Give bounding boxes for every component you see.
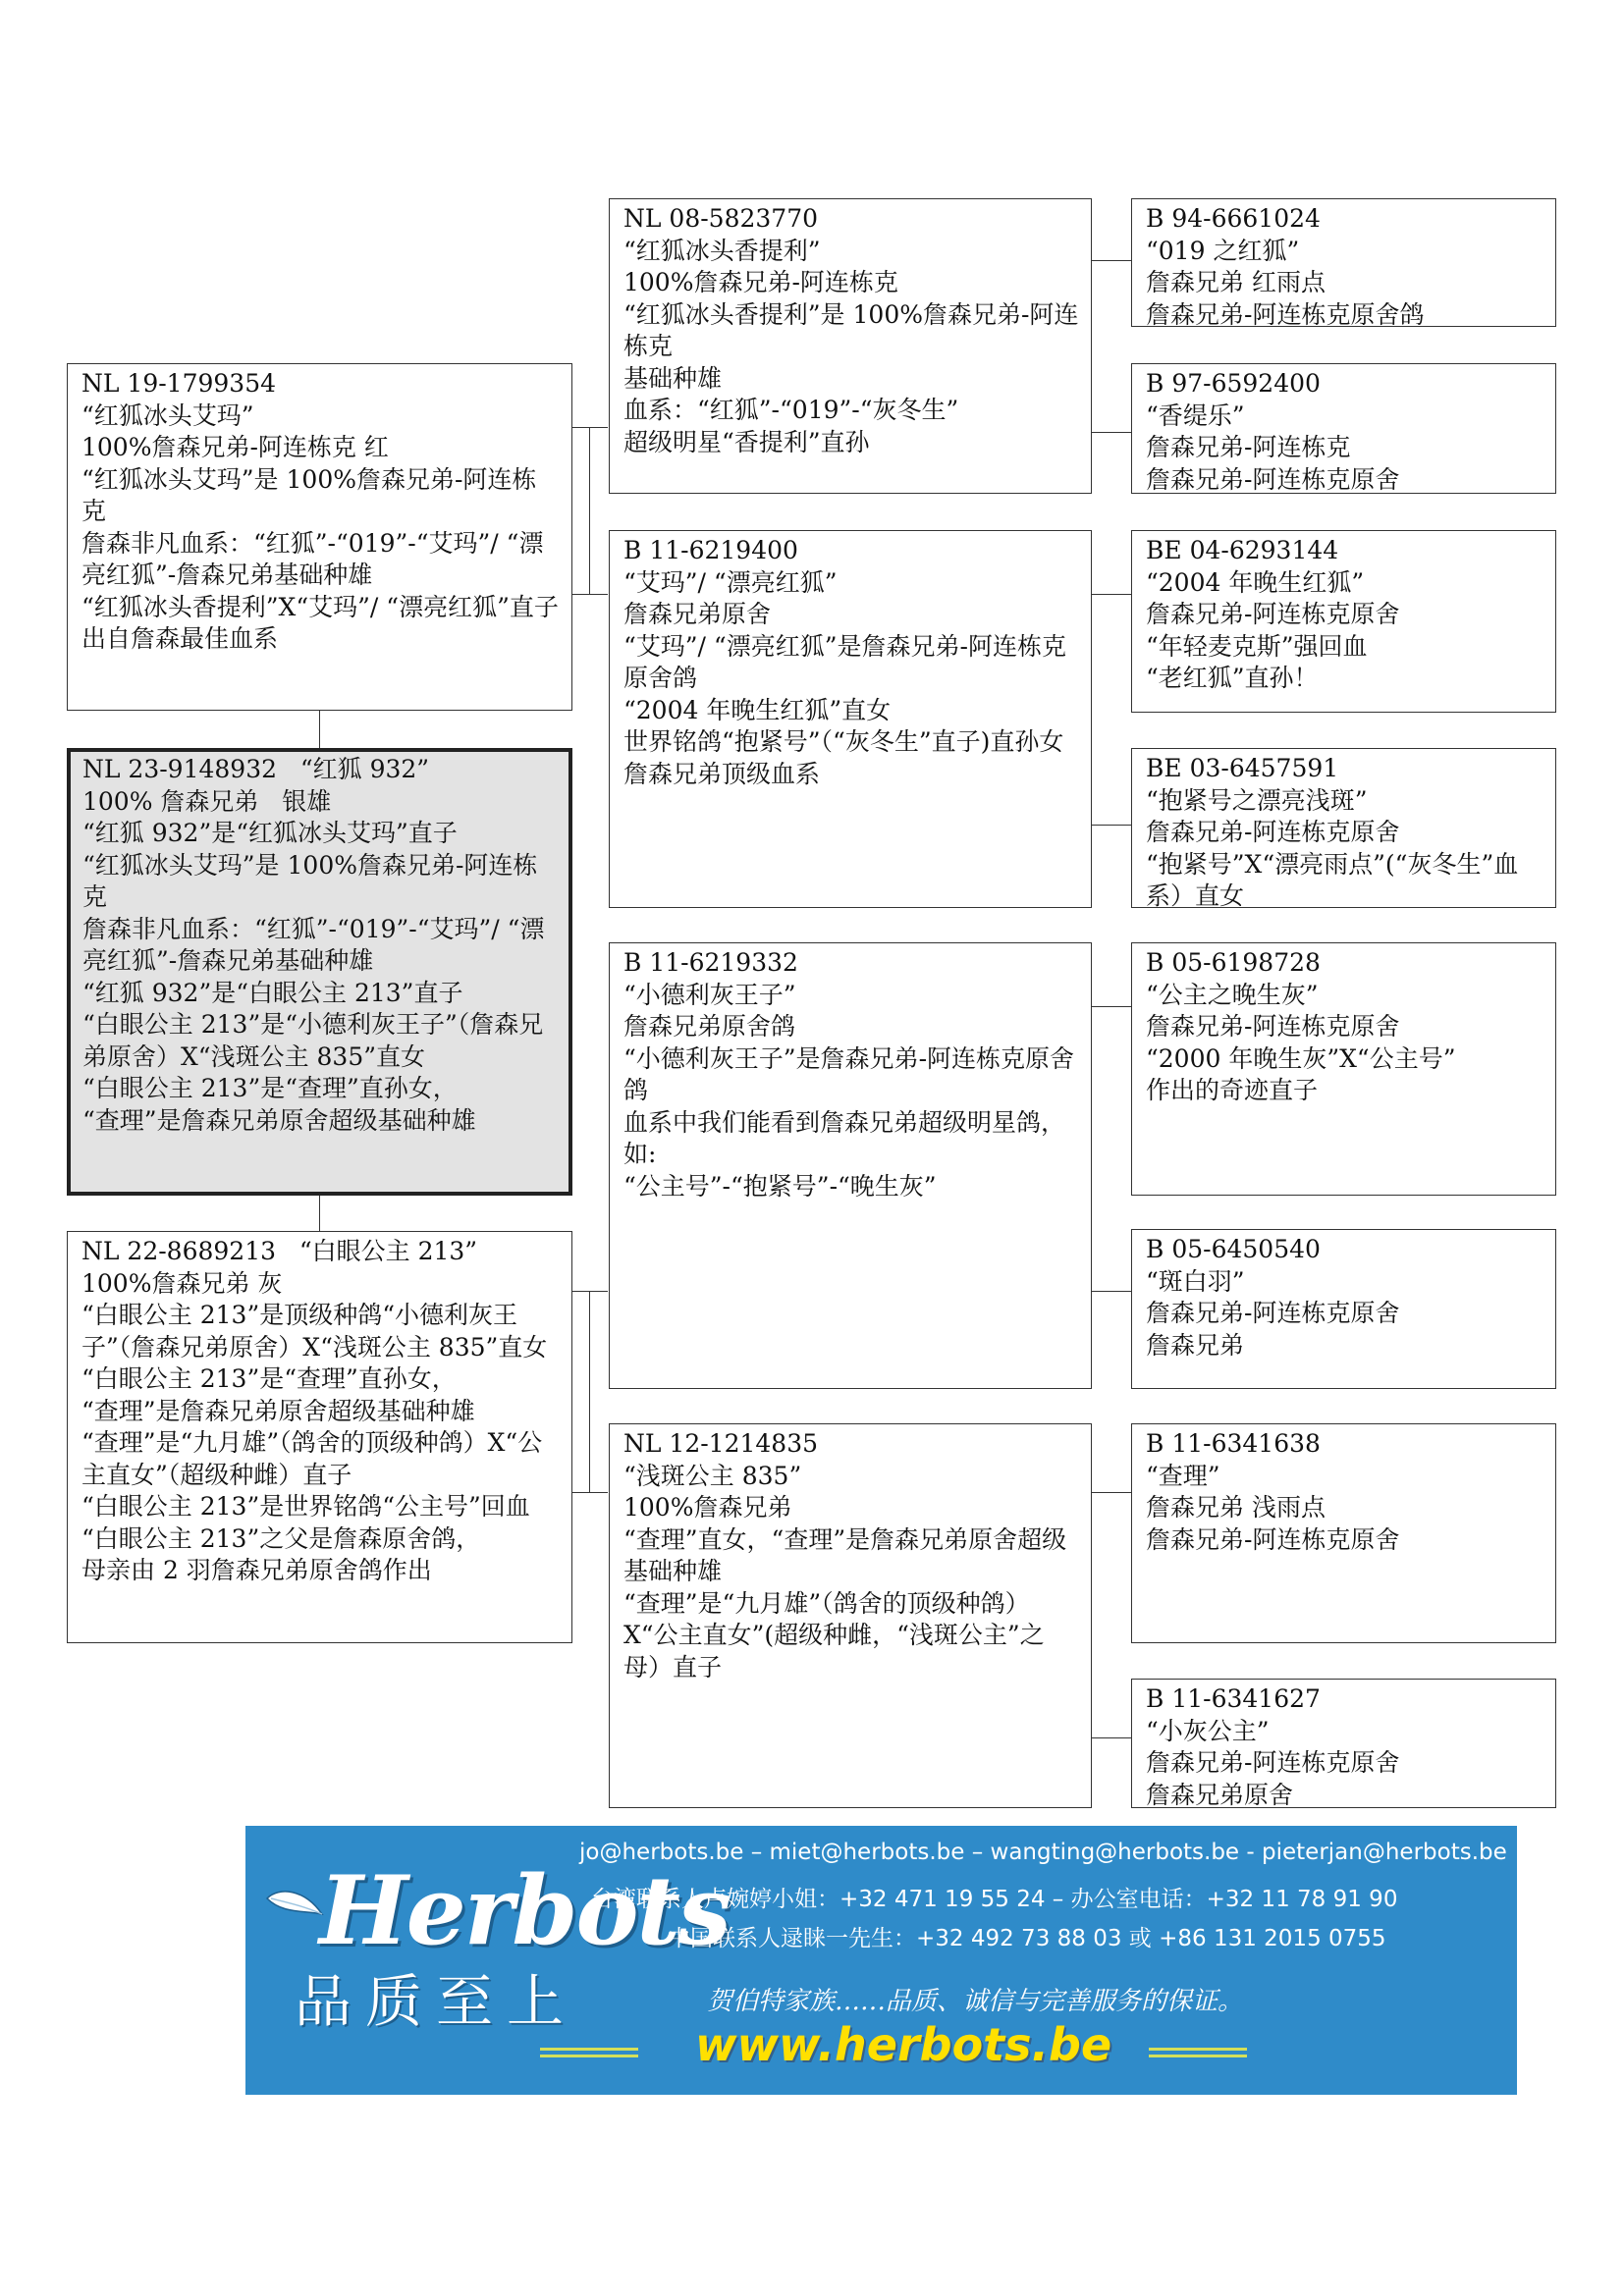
info-line: 100%詹森兄弟 bbox=[623, 1492, 1079, 1524]
info-line: 詹森兄弟顶级血系 bbox=[623, 759, 1079, 791]
info-line: “查理”是“九月雄”（鸽舍的顶级种鸽）X“公主直女”（超级种雌）直子 bbox=[81, 1427, 560, 1491]
info-line: 詹森兄弟-阿连栋克原舍 bbox=[1146, 1747, 1543, 1780]
info-line: 詹森兄弟-阿连栋克 bbox=[1146, 432, 1543, 464]
subject-card: NL 23-9148932 “红狐 932” 100% 詹森兄弟 银雄 “红狐 … bbox=[67, 748, 572, 1196]
great-grandparent-card: BE 03-6457591 “抱紧号之漂亮浅斑” 詹森兄弟-阿连栋克原舍 “抱紧… bbox=[1131, 748, 1556, 908]
grandparent-card: B 11-6219400 “艾玛”/ “漂亮红狐” 詹森兄弟原舍 “艾玛”/ “… bbox=[609, 530, 1092, 908]
connector bbox=[1092, 825, 1131, 826]
info-line: 100%詹森兄弟-阿连栋克 红 bbox=[81, 432, 560, 464]
taiwan-contact: 台湾联系人卢婉婷小姐：+32 471 19 55 24 – 办公室电话：+32 … bbox=[591, 1881, 1397, 1913]
connector bbox=[1092, 260, 1131, 261]
ring-number: NL 19-1799354 bbox=[81, 368, 560, 400]
info-line: 詹森兄弟-阿连栋克原舍 bbox=[1146, 1298, 1543, 1330]
info-line: 基础种雄 bbox=[623, 363, 1079, 396]
ring-number: NL 08-5823770 bbox=[623, 203, 1079, 236]
tagline: 贺伯特家族……品质、诚信与完善服务的保证。 bbox=[707, 1981, 1243, 2017]
ring-number: BE 04-6293144 bbox=[1146, 535, 1543, 567]
pigeon-name: “查理” bbox=[1146, 1461, 1543, 1493]
email-list[interactable]: jo@herbots.be – miet@herbots.be – wangti… bbox=[579, 1840, 1507, 1865]
info-line: “红狐冰头香提利”X“艾玛”/ “漂亮红狐”直子 bbox=[81, 592, 560, 624]
connector bbox=[1092, 1492, 1131, 1493]
info-line: 母亲由 2 羽詹森兄弟原舍鸽作出 bbox=[81, 1555, 560, 1587]
info-line: 詹森兄弟-阿连栋克原舍 bbox=[1146, 1011, 1543, 1043]
grandparent-card: B 11-6219332 “小德利灰王子” 詹森兄弟原舍鸽 “小德利灰王子”是詹… bbox=[609, 942, 1092, 1389]
connector bbox=[1092, 1006, 1131, 1007]
great-grandparent-card: B 11-6341627 “小灰公主” 詹森兄弟-阿连栋克原舍 詹森兄弟原舍 bbox=[1131, 1679, 1556, 1808]
pigeon-name: “公主之晚生灰” bbox=[1146, 980, 1543, 1012]
info-line: 作出的奇迹直子 bbox=[1146, 1075, 1543, 1107]
info-line: 超级明星“香提利”直孙 bbox=[623, 427, 1079, 459]
ring-number: NL 12-1214835 bbox=[623, 1428, 1079, 1461]
pigeon-name: “斑白羽” bbox=[1146, 1266, 1543, 1299]
info-line: 詹森兄弟-阿连栋克原舍 bbox=[1146, 464, 1543, 495]
info-line: 詹森非凡血系：“红狐”-“019”-“艾玛”/ “漂亮红狐”-詹森兄弟基础种雄 bbox=[82, 914, 559, 978]
connector bbox=[1092, 432, 1131, 433]
info-line: 100%詹森兄弟-阿连栋克 bbox=[623, 267, 1079, 299]
connector bbox=[572, 427, 608, 428]
pigeon-name: “艾玛”/ “漂亮红狐” bbox=[623, 567, 1079, 600]
info-line: “红狐 932”是“红狐冰头艾玛”直子 bbox=[82, 818, 559, 850]
info-line: 詹森兄弟原舍 bbox=[623, 599, 1079, 631]
info-line: “2000 年晚生灰”X“公主号” bbox=[1146, 1043, 1543, 1076]
pigeon-name: “香缇乐” bbox=[1146, 400, 1543, 433]
dam-card: NL 22-8689213 “白眼公主 213” 100%詹森兄弟 灰 “白眼公… bbox=[67, 1231, 572, 1643]
great-grandparent-card: B 94-6661024 “019 之红狐” 詹森兄弟 红雨点 詹森兄弟-阿连栋… bbox=[1131, 198, 1556, 327]
ring-number: NL 23-9148932 “红狐 932” bbox=[82, 754, 559, 786]
info-line: 詹森兄弟 浅雨点 bbox=[1146, 1492, 1543, 1524]
connector bbox=[1092, 1291, 1131, 1292]
info-line: “红狐 932”是“白眼公主 213”直子 bbox=[82, 978, 559, 1010]
ring-number: BE 03-6457591 bbox=[1146, 753, 1543, 785]
info-line: “红狐冰头香提利”是 100%詹森兄弟-阿连栋克 bbox=[623, 299, 1079, 363]
info-line: “查理”是詹森兄弟原舍超级基础种雄 bbox=[81, 1396, 560, 1428]
connector bbox=[572, 1492, 608, 1493]
info-line: “查理”是“九月雄”（鸽舍的顶级种鸽）X“公主直女”(超级种雌，“浅斑公主”之母… bbox=[623, 1588, 1079, 1684]
china-contact: 中国联系人逯睐一先生：+32 492 73 88 03 或 +86 131 20… bbox=[668, 1920, 1386, 1952]
great-grandparent-card: BE 04-6293144 “2004 年晚生红狐” 詹森兄弟-阿连栋克原舍 “… bbox=[1131, 530, 1556, 713]
info-line: “年轻麦克斯”强回血 bbox=[1146, 631, 1543, 664]
info-line: 詹森兄弟原舍鸽 bbox=[623, 1011, 1079, 1043]
info-line: 血系：“红狐”-“019”-“灰冬生” bbox=[623, 395, 1079, 427]
ring-number: B 97-6592400 bbox=[1146, 368, 1543, 400]
ring-number: B 11-6341627 bbox=[1146, 1683, 1543, 1716]
info-line: 詹森兄弟-阿连栋克原舍 bbox=[1146, 1524, 1543, 1557]
info-line: 詹森非凡血系：“红狐”-“019”-“艾玛”/ “漂亮红狐”-詹森兄弟基础种雄 bbox=[81, 528, 560, 592]
info-line: 出自詹森最佳血系 bbox=[81, 623, 560, 656]
pigeon-name: “2004 年晚生红狐” bbox=[1146, 567, 1543, 600]
info-line: 詹森兄弟 红雨点 bbox=[1146, 267, 1543, 299]
info-line: “白眼公主 213”是“查理”直孙女， bbox=[81, 1363, 560, 1396]
info-line: 100%詹森兄弟 灰 bbox=[81, 1268, 560, 1301]
grandparent-card: NL 12-1214835 “浅斑公主 835” 100%詹森兄弟 “查理”直女… bbox=[609, 1423, 1092, 1808]
info-line: 詹森兄弟-阿连栋克原舍 bbox=[1146, 599, 1543, 631]
ring-number: B 94-6661024 bbox=[1146, 203, 1543, 236]
ring-number: B 05-6198728 bbox=[1146, 947, 1543, 980]
great-grandparent-card: B 97-6592400 “香缇乐” 詹森兄弟-阿连栋克 詹森兄弟-阿连栋克原舍 bbox=[1131, 363, 1556, 494]
ring-number: NL 22-8689213 “白眼公主 213” bbox=[81, 1236, 560, 1268]
pigeon-name: “小德利灰王子” bbox=[623, 980, 1079, 1012]
info-line: “艾玛”/ “漂亮红狐”是詹森兄弟-阿连栋克原舍鸽 bbox=[623, 631, 1079, 695]
ring-number: B 11-6341638 bbox=[1146, 1428, 1543, 1461]
ring-number: B 11-6219332 bbox=[623, 947, 1079, 980]
pigeon-name: “浅斑公主 835” bbox=[623, 1461, 1079, 1493]
info-line: “2004 年晚生红狐”直女 bbox=[623, 695, 1079, 727]
pigeon-name: “019 之红狐” bbox=[1146, 236, 1543, 268]
info-line: “白眼公主 213”是世界铭鸽“公主号”回血 bbox=[81, 1491, 560, 1523]
sire-card: NL 19-1799354 “红狐冰头艾玛” 100%詹森兄弟-阿连栋克 红 “… bbox=[67, 363, 572, 711]
info-line: “查理”是詹森兄弟原舍超级基础种雄 bbox=[82, 1105, 559, 1138]
info-line: 詹森兄弟-阿连栋克原舍鸽 bbox=[1146, 299, 1543, 328]
connector bbox=[1092, 1737, 1131, 1738]
slogan: 品质至上 bbox=[295, 1955, 577, 2038]
info-line: “白眼公主 213”是“查理”直孙女， bbox=[82, 1073, 559, 1105]
connector bbox=[589, 427, 590, 594]
info-line: “查理”直女，“查理”是詹森兄弟原舍超级基础种雄 bbox=[623, 1524, 1079, 1588]
connector bbox=[572, 1291, 608, 1292]
feather-icon bbox=[265, 1885, 324, 1924]
connector bbox=[319, 1196, 320, 1231]
ring-number: B 11-6219400 bbox=[623, 535, 1079, 567]
herbots-banner: Herbots 品质至上 jo@herbots.be – miet@herbot… bbox=[245, 1826, 1517, 2095]
connector bbox=[319, 710, 320, 748]
decorative-double-line bbox=[1149, 2048, 1247, 2057]
info-line: “抱紧号”X“漂亮雨点”(“灰冬生”血系）直女 bbox=[1146, 849, 1543, 909]
info-line: “白眼公主 213”是“小德利灰王子”（詹森兄弟原舍）X“浅斑公主 835”直女 bbox=[82, 1009, 559, 1073]
website-link[interactable]: www.herbots.be bbox=[695, 2018, 1111, 2071]
ring-number: B 05-6450540 bbox=[1146, 1234, 1543, 1266]
info-line: “老红狐”直孙！ bbox=[1146, 663, 1543, 695]
info-line: 世界铭鸽“抱紧号”（“灰冬生”直子)直孙女 bbox=[623, 726, 1079, 759]
info-line: 詹森兄弟 bbox=[1146, 1330, 1543, 1362]
grandparent-card: NL 08-5823770 “红狐冰头香提利” 100%詹森兄弟-阿连栋克 “红… bbox=[609, 198, 1092, 494]
pigeon-name: “红狐冰头艾玛” bbox=[81, 400, 560, 433]
decorative-double-line bbox=[540, 2048, 638, 2057]
info-line: “红狐冰头艾玛”是 100%詹森兄弟-阿连栋克 bbox=[81, 464, 560, 528]
info-line: 血系中我们能看到詹森兄弟超级明星鸽，如: bbox=[623, 1107, 1079, 1171]
connector bbox=[572, 594, 608, 595]
info-line: “公主号”-“抱紧号”-“晚生灰” bbox=[623, 1171, 1079, 1203]
connector bbox=[589, 1291, 590, 1492]
info-line: 100% 詹森兄弟 银雄 bbox=[82, 786, 559, 819]
info-line: “红狐冰头艾玛”是 100%詹森兄弟-阿连栋克 bbox=[82, 850, 559, 914]
great-grandparent-card: B 11-6341638 “查理” 詹森兄弟 浅雨点 詹森兄弟-阿连栋克原舍 bbox=[1131, 1423, 1556, 1643]
pigeon-name: “小灰公主” bbox=[1146, 1716, 1543, 1748]
info-line: “小德利灰王子”是詹森兄弟-阿连栋克原舍鸽 bbox=[623, 1043, 1079, 1107]
pigeon-name: “红狐冰头香提利” bbox=[623, 236, 1079, 268]
pigeon-name: “抱紧号之漂亮浅斑” bbox=[1146, 785, 1543, 818]
info-line: “白眼公主 213”之父是詹森原舍鸽， bbox=[81, 1523, 560, 1556]
great-grandparent-card: B 05-6198728 “公主之晚生灰” 詹森兄弟-阿连栋克原舍 “2000 … bbox=[1131, 942, 1556, 1196]
connector bbox=[1092, 594, 1131, 595]
info-line: 詹森兄弟原舍 bbox=[1146, 1780, 1543, 1809]
great-grandparent-card: B 05-6450540 “斑白羽” 詹森兄弟-阿连栋克原舍 詹森兄弟 bbox=[1131, 1229, 1556, 1389]
info-line: 詹森兄弟-阿连栋克原舍 bbox=[1146, 817, 1543, 849]
info-line: “白眼公主 213”是顶级种鸽“小德利灰王子”（詹森兄弟原舍）X“浅斑公主 83… bbox=[81, 1300, 560, 1363]
